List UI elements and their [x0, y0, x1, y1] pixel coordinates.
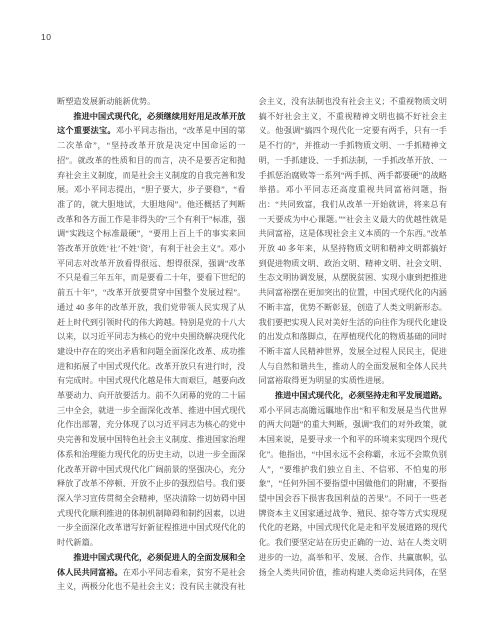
- article-body: 断塑造发展新动能新优势。推进中国式现代化，必须继续用好用足改革开放这个重要法宝。…: [57, 95, 447, 596]
- paragraph-continuation-top: 断塑造发展新动能新优势。: [57, 95, 246, 110]
- paragraph-peaceful-development: 推进中国式现代化，必须坚持走和平发展道路。邓小平同志高瞻远瞩地作出“和平和发展是…: [259, 389, 448, 580]
- paragraph-lead: 推进中国式现代化，必须坚持走和平发展道路。: [275, 391, 447, 400]
- paragraph-reform-opening: 推进中国式现代化，必须继续用好用足改革开放这个重要法宝。邓小平同志指出，“改革是…: [57, 110, 246, 551]
- page-number: 10: [41, 32, 51, 42]
- paragraph-text: 邓小平同志高瞻远瞩地作出“和平和发展是当代世界的两大问题”的重大判断，强调“我们…: [259, 406, 448, 577]
- paragraph-text: 邓小平同志指出，“改革是中国的第二次革命”，“坚持改革开放是决定中国命运的一招”…: [57, 126, 246, 547]
- document-page: 10 断塑造发展新动能新优势。推进中国式现代化，必须继续用好用足改革开放这个重要…: [0, 0, 485, 640]
- paragraph-text: 断塑造发展新动能新优势。: [57, 97, 155, 106]
